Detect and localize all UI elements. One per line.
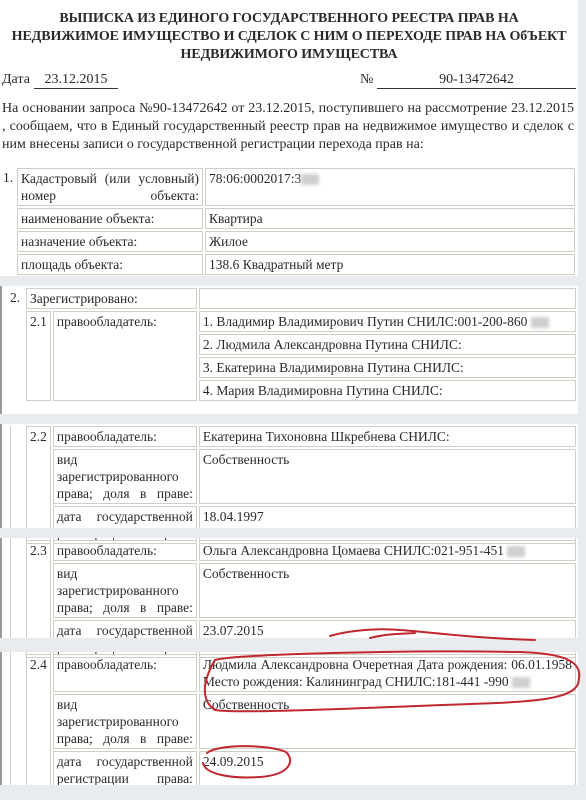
object-area-label: площадь объекта: — [17, 254, 203, 275]
separator — [0, 785, 578, 800]
object-area-value: 138.6 Квадратный метр — [205, 254, 575, 275]
holder-2: 2. Людмила Александровна Путина СНИЛС: — [199, 334, 576, 355]
object-purpose-label: назначение объекта: — [17, 231, 203, 252]
reg-date-label: дата государственной регистрации права: — [53, 751, 197, 789]
holder-value: Екатерина Тихоновна Шкребнева СНИЛС: — [199, 426, 576, 447]
date-value: 23.12.2015 — [34, 72, 118, 89]
number-label: № — [360, 72, 373, 88]
right-type-value: Собственность — [199, 563, 576, 618]
registered-label: Зарегистрировано: — [26, 288, 197, 309]
holder-label: правообладатель: — [53, 540, 197, 561]
object-name-value: Квартира — [205, 208, 575, 229]
separator — [0, 528, 578, 538]
right-type-label: вид зарегистрированного права; доля в пр… — [53, 563, 197, 618]
entry-number: 2.2 — [26, 426, 51, 544]
entry-number: 2.1 — [26, 311, 51, 401]
holder-label: правообладатель: — [53, 426, 197, 447]
holder-value: Ольга Александровна Цомаева СНИЛС:021-95… — [199, 540, 576, 561]
section-number: 2. — [10, 288, 24, 401]
holder-label: правообладатель: — [53, 654, 197, 692]
entry-2-4: 2.4 правообладатель: Людмила Александров… — [8, 652, 578, 791]
registered-empty — [199, 288, 576, 309]
redaction — [531, 317, 549, 328]
page-margin — [578, 0, 586, 800]
holder-1: 1. Владимир Владимирович Путин СНИЛС:001… — [199, 311, 576, 332]
indent — [10, 426, 24, 544]
redaction — [507, 546, 525, 557]
left-border — [0, 538, 2, 638]
holder-text: 1. Владимир Владимирович Путин СНИЛС:001… — [203, 314, 527, 329]
reg-date-value: 24.09.2015 — [199, 751, 576, 789]
right-type-label: вид зарегистрированного права; доля в пр… — [53, 449, 197, 504]
section-number: 1. — [3, 168, 15, 275]
right-type-value: Собственность — [199, 694, 576, 749]
entry-number: 2.4 — [26, 654, 51, 789]
separator — [0, 414, 578, 424]
title-line: ВЫПИСКА ИЗ ЕДИНОГО ГОСУДАРСТВЕННОГО РЕЕС… — [0, 10, 578, 28]
holder-4: 4. Мария Владимировна Путина СНИЛС: — [199, 380, 576, 401]
number-value: 90-13472642 — [377, 72, 576, 89]
document-title: ВЫПИСКА ИЗ ЕДИНОГО ГОСУДАРСТВЕННОГО РЕЕС… — [0, 10, 578, 64]
right-type-label: вид зарегистрированного права; доля в пр… — [53, 694, 197, 749]
indent — [10, 654, 24, 789]
cadastral-value: 78:06:0002017:3 — [205, 168, 575, 206]
holder-label: правообладатель: — [53, 311, 197, 401]
holder-value: Людмила Александровна Очеретная Дата рож… — [199, 654, 576, 692]
object-purpose-value: Жилое — [205, 231, 575, 252]
registered-table: 2. Зарегистрировано: 2.1 правообладатель… — [8, 286, 578, 403]
cadastral-label: Кадастровый (или условный) номер объекта… — [17, 168, 203, 206]
intro-paragraph: На основании запроса №90-13472642 от 23.… — [2, 100, 574, 154]
separator — [0, 276, 578, 286]
left-border — [0, 424, 2, 528]
meta-row: Дата 23.12.2015 № 90-13472642 — [2, 72, 576, 92]
left-border — [0, 286, 2, 414]
left-border — [0, 652, 2, 785]
object-table: 1. Кадастровый (или условный) номер объе… — [1, 166, 577, 277]
label-text: Кадастровый (или условный) номер объекта… — [21, 170, 199, 204]
object-name-label: наименование объекта: — [17, 208, 203, 229]
redaction — [301, 174, 319, 185]
redaction — [512, 677, 530, 688]
separator — [0, 638, 578, 652]
value-text: 78:06:0002017:3 — [209, 171, 301, 186]
title-line: НЕДВИЖИМОЕ ИМУЩЕСТВО И СДЕЛОК С НИМ О ПЕ… — [0, 28, 578, 46]
title-line: НЕДВИЖИМОГО ИМУЩЕСТВА — [0, 46, 578, 64]
holder-3: 3. Екатерина Владимировна Путина СНИЛС: — [199, 357, 576, 378]
holder-text: Ольга Александровна Цомаева СНИЛС:021-95… — [203, 543, 504, 558]
right-type-value: Собственность — [199, 449, 576, 504]
date-label: Дата — [2, 72, 30, 88]
